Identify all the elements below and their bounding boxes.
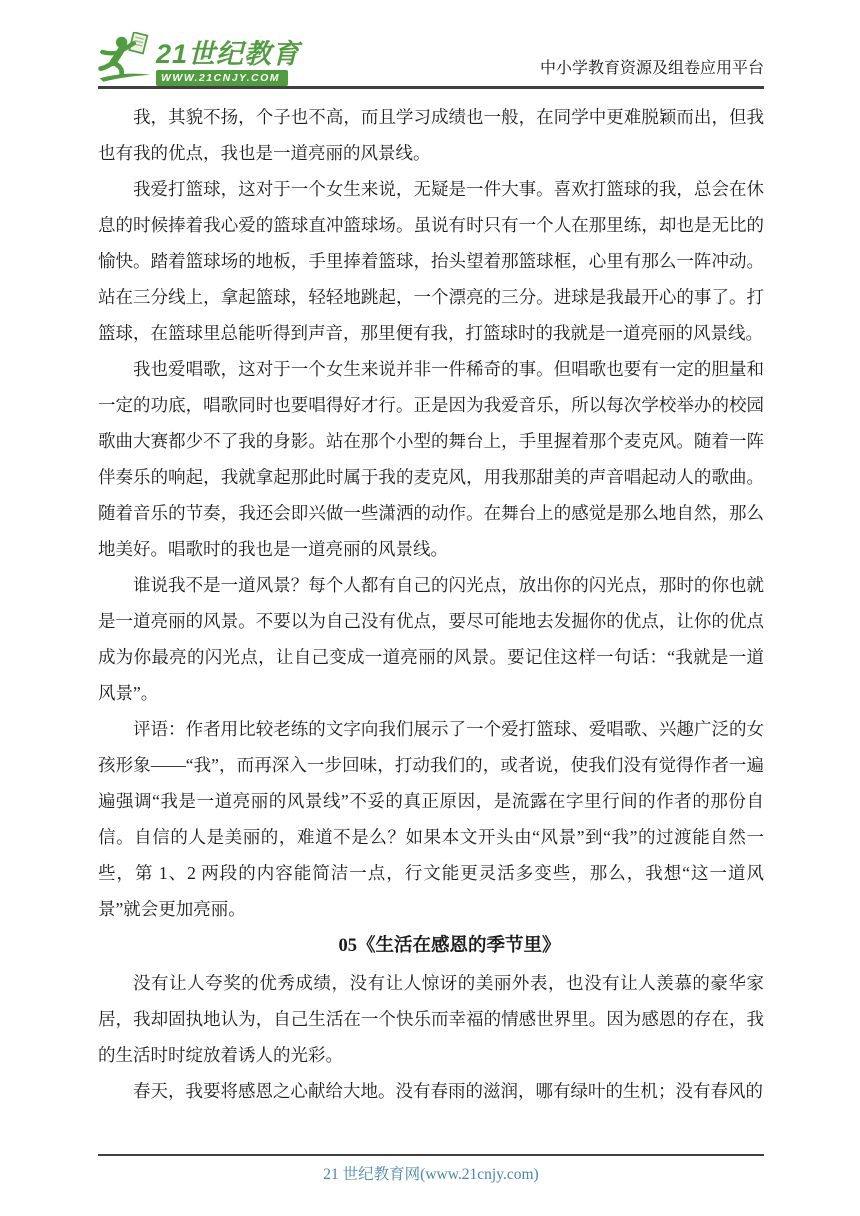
brand-name: 21世纪教育 bbox=[156, 40, 300, 68]
essay2-paragraph-1: 没有让人夸奖的优秀成绩，没有让人惊讶的美丽外表，也没有让人羡慕的豪华家居，我却固… bbox=[98, 965, 764, 1073]
document-body: 我，其貌不扬，个子也不高，而且学习成绩也一般，在同学中更难脱颖而出，但我也有我的… bbox=[98, 99, 764, 1109]
brand-logo: 21世纪教育 WWW.21CNJY.COM bbox=[98, 32, 300, 86]
teacher-comment: 评语：作者用比较老练的文字向我们展示了一个爱打篮球、爱唱歌、兴趣广泛的女孩形象—… bbox=[98, 711, 764, 927]
header-divider bbox=[98, 86, 764, 89]
page-footer: 21 世纪教育网(www.21cnjy.com) bbox=[98, 1154, 764, 1185]
logo-text-block: 21世纪教育 WWW.21CNJY.COM bbox=[156, 32, 300, 86]
document-page: 21世纪教育 WWW.21CNJY.COM 中小学教育资源及组卷应用平台 我，其… bbox=[0, 0, 860, 1216]
essay-paragraph-1: 我，其貌不扬，个子也不高，而且学习成绩也一般，在同学中更难脱颖而出，但我也有我的… bbox=[98, 99, 764, 171]
page-header: 21世纪教育 WWW.21CNJY.COM 中小学教育资源及组卷应用平台 bbox=[98, 32, 764, 86]
footer-site-text: 21 世纪教育网(www.21cnjy.com) bbox=[98, 1165, 764, 1185]
essay-paragraph-2: 我爱打篮球，这对于一个女生来说，无疑是一件大事。喜欢打篮球的我，总会在休息的时候… bbox=[98, 171, 764, 351]
runner-mascot-icon bbox=[98, 32, 154, 86]
platform-tagline: 中小学教育资源及组卷应用平台 bbox=[540, 55, 764, 86]
brand-url: WWW.21CNJY.COM bbox=[156, 70, 288, 86]
essay-paragraph-3: 我也爱唱歌，这对于一个女生来说并非一件稀奇的事。但唱歌也要有一定的胆量和一定的功… bbox=[98, 351, 764, 567]
essay2-paragraph-2: 春天，我要将感恩之心献给大地。没有春雨的滋润，哪有绿叶的生机；没有春风的 bbox=[98, 1073, 764, 1109]
essay-paragraph-4: 谁说我不是一道风景？每个人都有自己的闪光点，放出你的闪光点，那时的你也就是一道亮… bbox=[98, 567, 764, 711]
footer-divider bbox=[98, 1154, 764, 1156]
essay-section-title: 05《生活在感恩的季节里》 bbox=[98, 927, 764, 965]
